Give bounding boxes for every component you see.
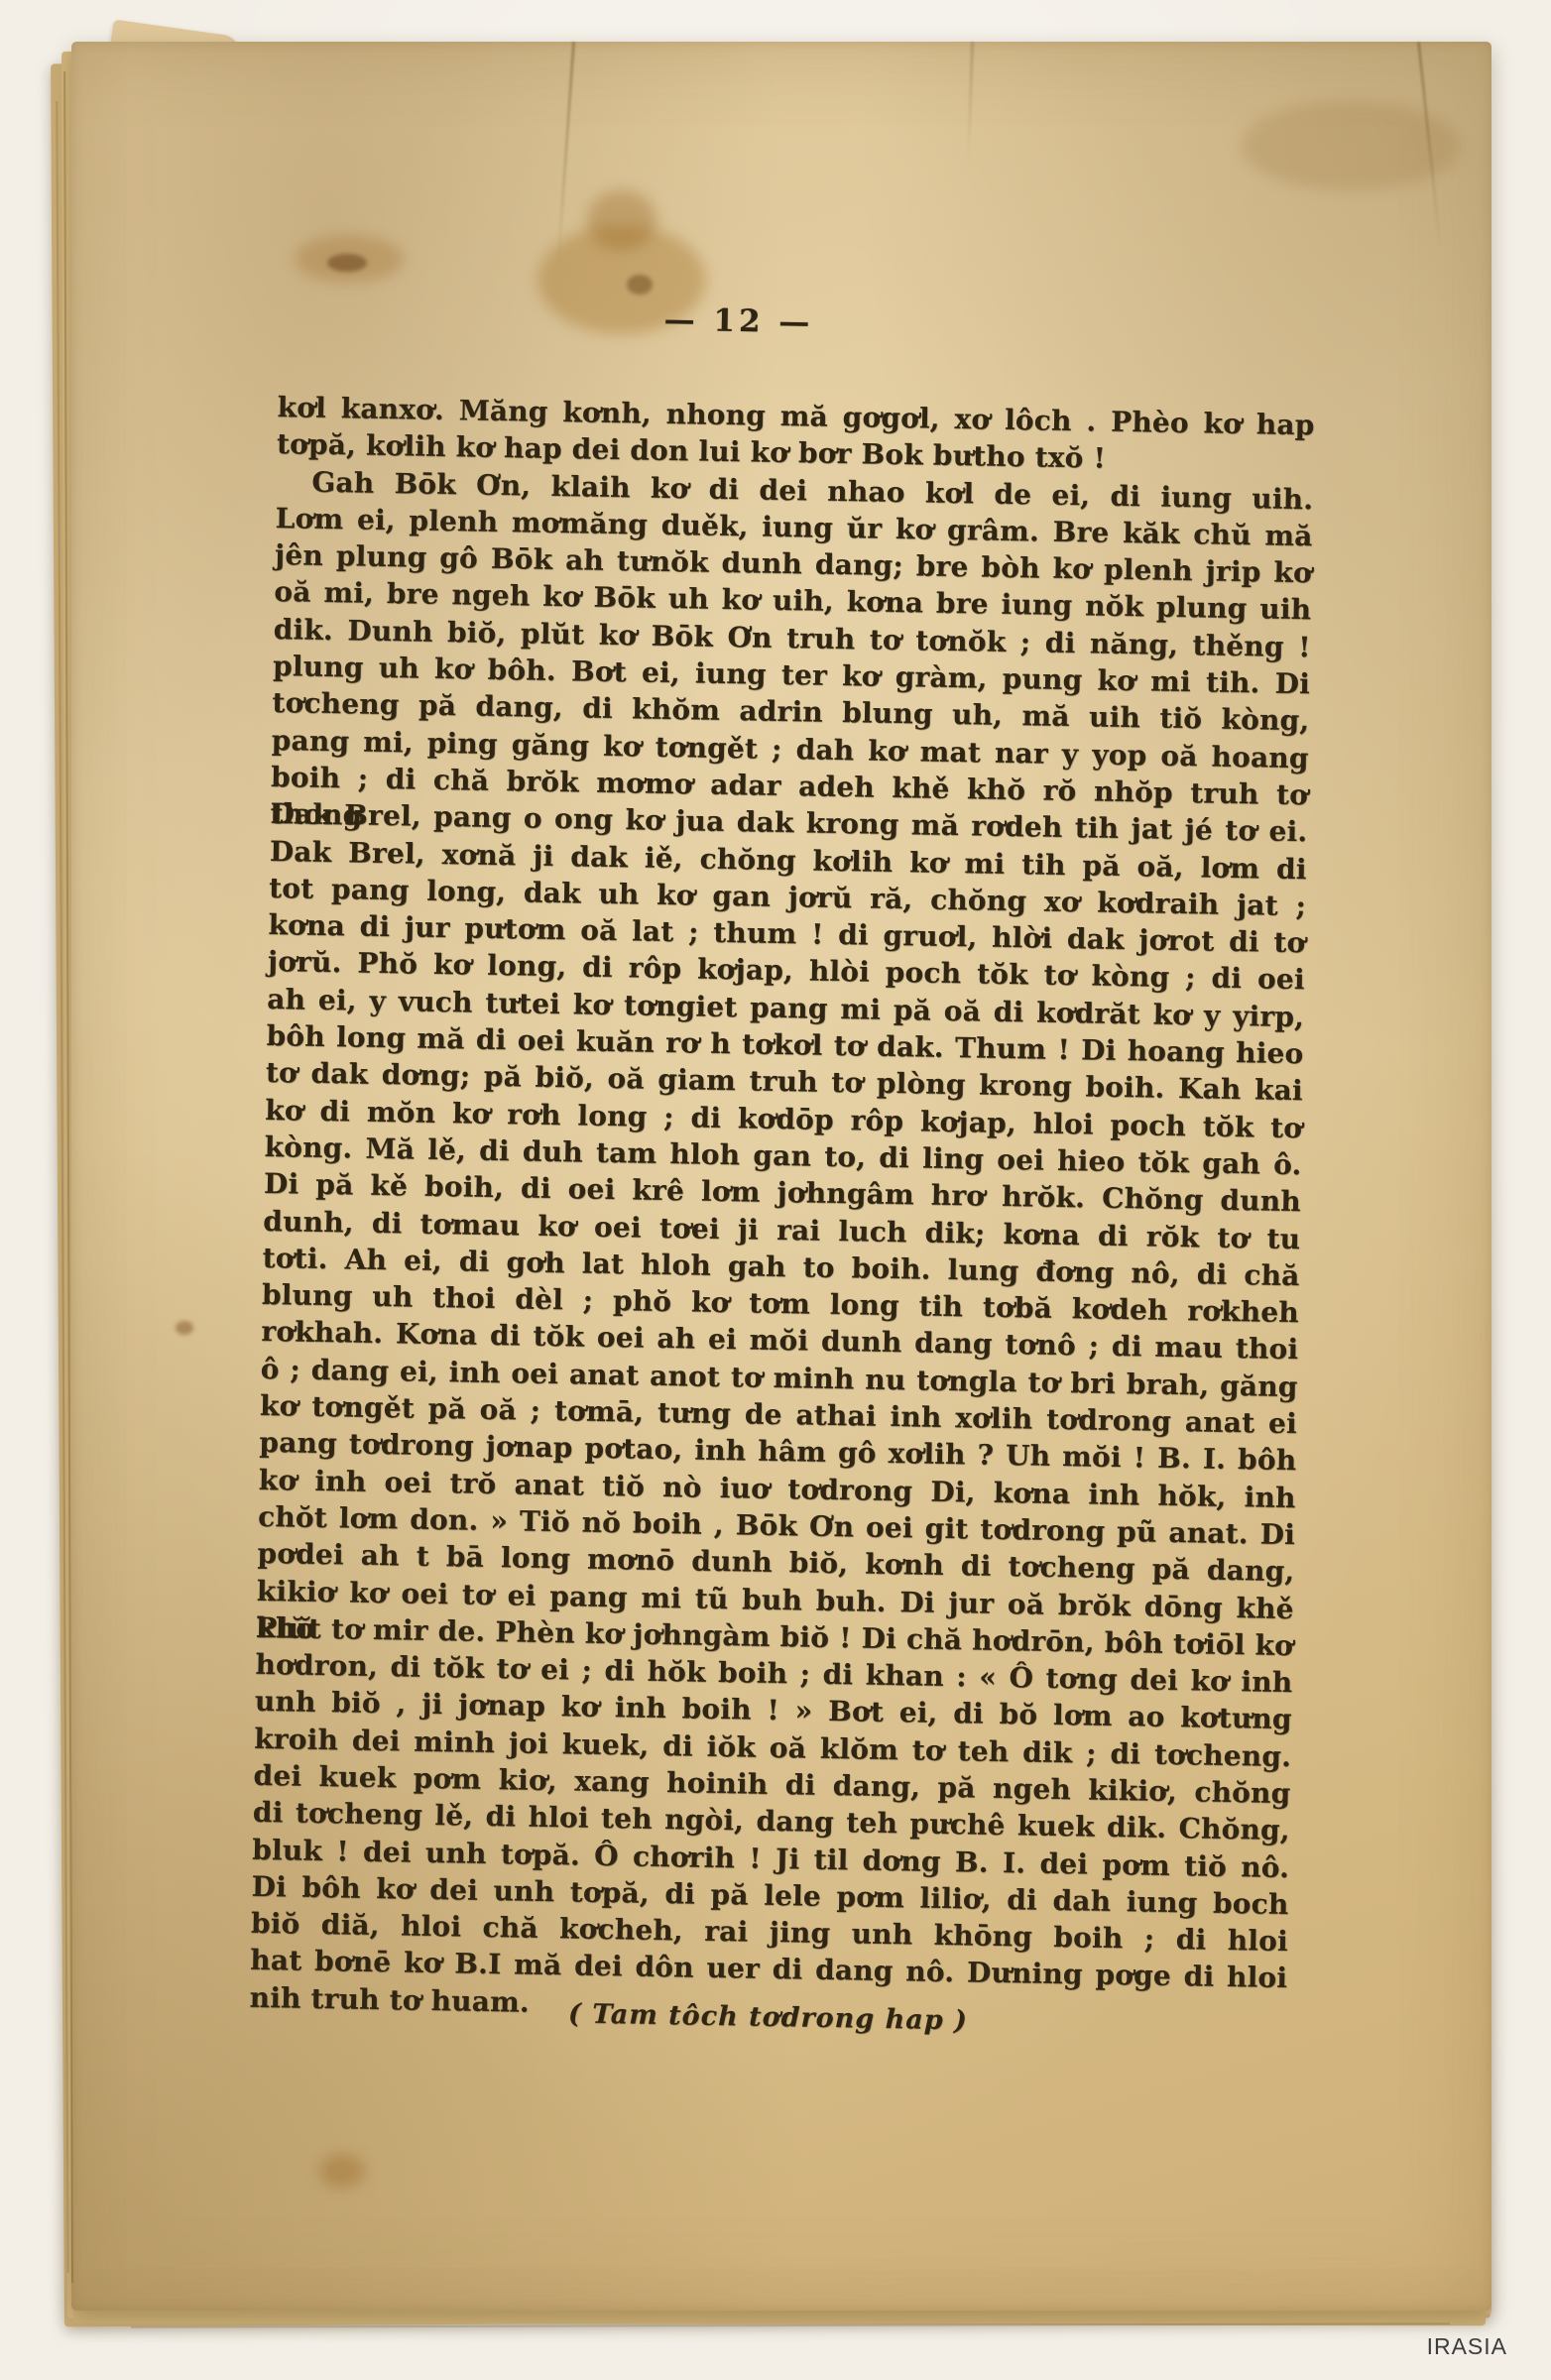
paper-stain bbox=[319, 2154, 365, 2188]
scanned-document-photo: { "page": { "number_label": "— 12 —", "f… bbox=[0, 0, 1551, 2380]
paper-stain bbox=[327, 254, 367, 272]
paper-stain bbox=[627, 275, 653, 295]
watermark: IRASIA bbox=[1427, 2333, 1507, 2360]
paper-stain bbox=[176, 1321, 193, 1335]
paper-stain bbox=[587, 190, 656, 250]
paper-crease bbox=[967, 42, 974, 161]
text-block-wrap: kơl kanxơ. Măng kơnh, nhong mă gơgơl, xơ… bbox=[249, 389, 1315, 2045]
text-block: kơl kanxơ. Măng kơnh, nhong mă gơgơl, xơ… bbox=[249, 389, 1314, 2034]
page-number: — 12 — bbox=[625, 301, 854, 341]
